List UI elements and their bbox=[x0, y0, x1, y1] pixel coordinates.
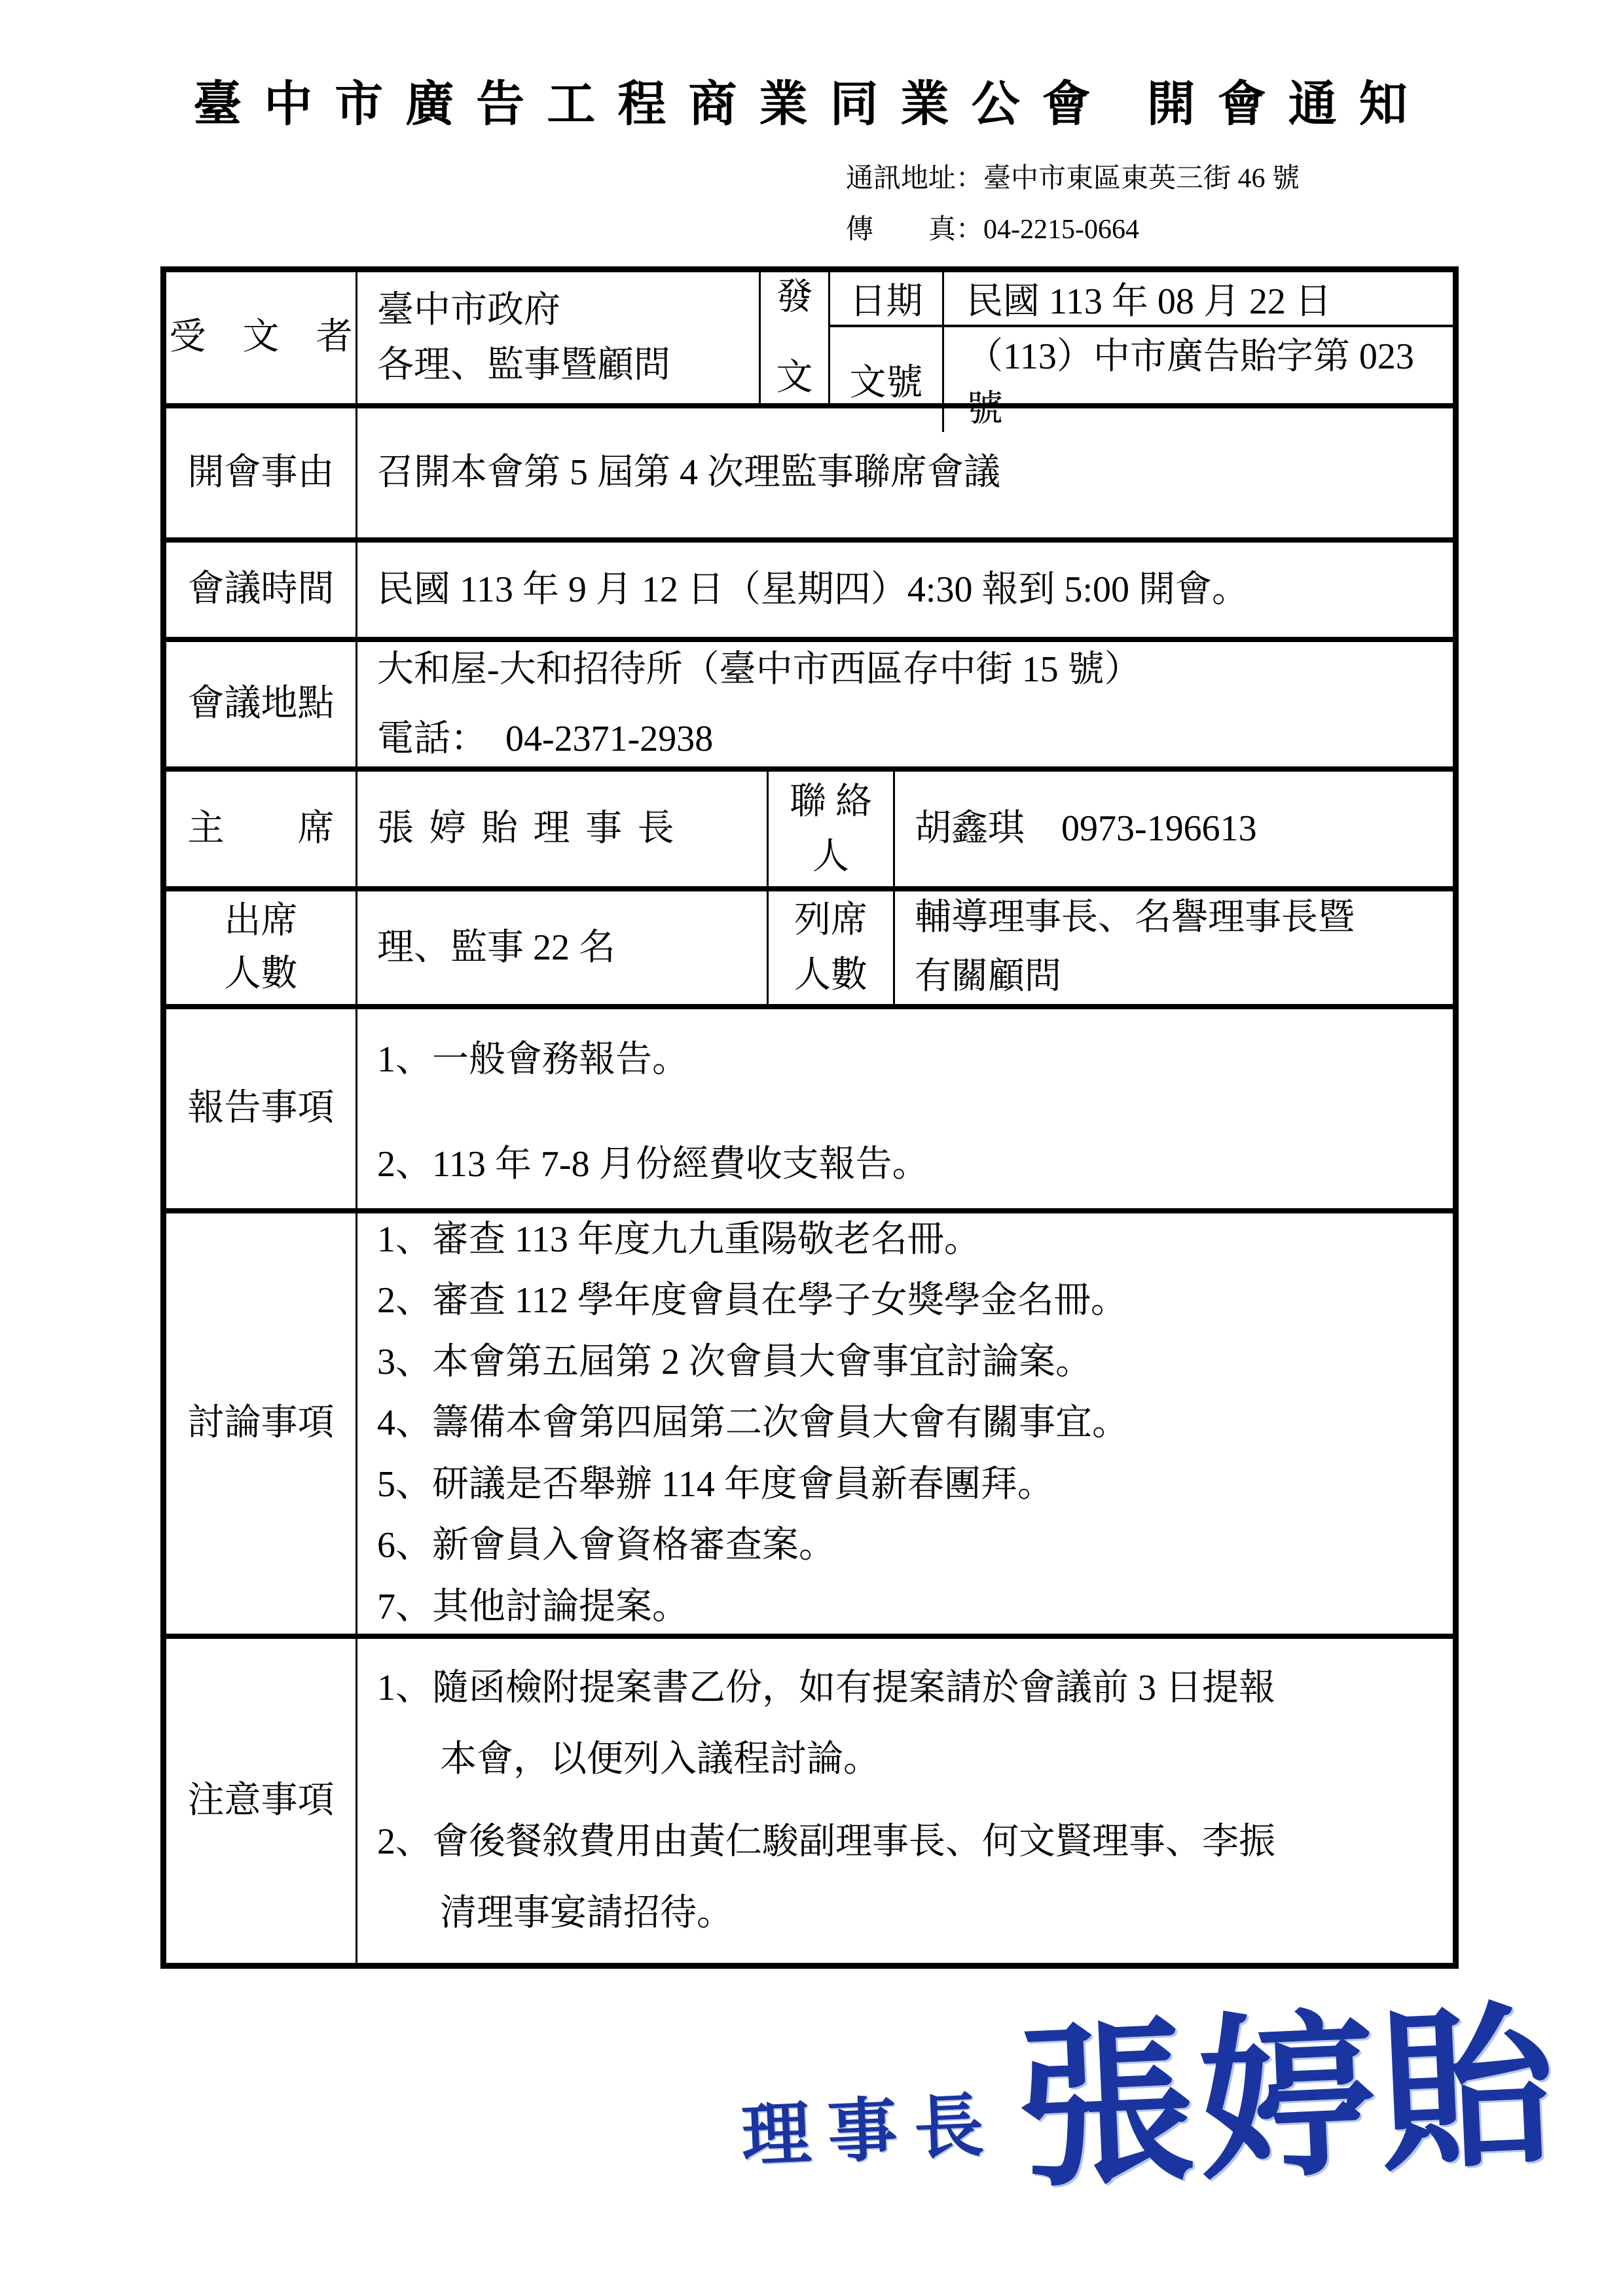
document-title: 臺中市廣告工程商業同業公會開會通知 bbox=[0, 65, 1623, 135]
discussion-item: 7、其他討論提案。 bbox=[377, 1577, 1381, 1638]
recipient-label: 受 文 者 bbox=[166, 272, 357, 403]
issue-date-row: 日期 民國 113 年 08 月 22 日 bbox=[830, 272, 1453, 325]
signature-stamp: 理事長 張婷貽 bbox=[735, 1946, 1563, 2233]
contact-person-value: 胡鑫琪 0973-196613 bbox=[895, 772, 1466, 886]
recipient-value: 臺中市政府 各理、監事暨顧問 bbox=[357, 272, 759, 403]
notes-list: 1、隨函檢附提案書乙份，如有提案請於會議前 3 日提報 本會，以便列入議程討論。… bbox=[357, 1639, 1453, 1963]
chairperson-value: 張婷貽理事長 bbox=[357, 772, 767, 886]
discussion-item: 3、本會第五屆第 2 次會員大會事宜討論案。 bbox=[377, 1332, 1381, 1393]
observer-value: 輔導理事長、名譽理事長暨 有關顧問 bbox=[895, 891, 1466, 1004]
row-subject: 開會事由 召開本會第 5 屆第 4 次理監事聯席會議 bbox=[166, 403, 1453, 537]
discussion-item: 5、研議是否舉辦 114 年度會員新春團拜。 bbox=[377, 1454, 1381, 1516]
fax-number: 傳 真：04-2215-0664 bbox=[846, 216, 1300, 243]
issue-label: 發 文 bbox=[759, 272, 828, 403]
attendance-value: 理、監事 22 名 bbox=[357, 891, 767, 1004]
meeting-time-label: 會議時間 bbox=[166, 543, 357, 637]
document-type: 開會通知 bbox=[1147, 78, 1430, 132]
mailing-address: 通訊地址：臺中市東區東英三街 46 號 bbox=[846, 165, 1300, 192]
subject-label: 開會事由 bbox=[166, 408, 357, 537]
discussion-items-label: 討論事項 bbox=[166, 1213, 357, 1634]
signature-name: 張婷貽 bbox=[1012, 1946, 1565, 2221]
report-item: 1、一般會務報告。 bbox=[377, 1030, 1381, 1083]
meeting-notice-document: 臺中市廣告工程商業同業公會開會通知 通訊地址：臺中市東區東英三街 46 號 傳 … bbox=[0, 0, 1623, 2296]
row-report-items: 報告事項 1、一般會務報告。 2、113 年 7-8 月份經費收支報告。 bbox=[166, 1004, 1453, 1208]
organization-name: 臺中市廣告工程商業同業公會 bbox=[193, 78, 1113, 132]
row-discussion-items: 討論事項 1、審查 113 年度九九重陽敬老名冊。 2、審查 112 學年度會員… bbox=[166, 1208, 1453, 1634]
report-items-list: 1、一般會務報告。 2、113 年 7-8 月份經費收支報告。 bbox=[357, 1009, 1453, 1208]
meeting-time-value: 民國 113 年 9 月 12 日（星期四）4:30 報到 5:00 開會。 bbox=[357, 543, 1453, 637]
issue-group: 日期 民國 113 年 08 月 22 日 文號 （113）中市廣告貽字第 02… bbox=[828, 272, 1453, 403]
notice-table: 受 文 者 臺中市政府 各理、監事暨顧問 發 文 日期 民國 113 年 08 … bbox=[160, 266, 1459, 1969]
notes-label: 注意事項 bbox=[166, 1639, 357, 1963]
contact-person-label: 聯 絡 人 bbox=[767, 772, 895, 886]
row-notes: 注意事項 1、隨函檢附提案書乙份，如有提案請於會議前 3 日提報 本會，以便列入… bbox=[166, 1634, 1453, 1963]
discussion-item: 6、新會員入會資格審查案。 bbox=[377, 1515, 1381, 1577]
meeting-place-label: 會議地點 bbox=[166, 642, 357, 766]
note-item: 1、隨函檢附提案書乙份，如有提案請於會議前 3 日提報 本會，以便列入議程討論。 bbox=[377, 1653, 1381, 1795]
discussion-item: 4、籌備本會第四屆第二次會員大會有關事宜。 bbox=[377, 1393, 1381, 1454]
row-meeting-time: 會議時間 民國 113 年 9 月 12 日（星期四）4:30 報到 5:00 … bbox=[166, 537, 1453, 637]
meeting-place-value: 大和屋-大和招待所（臺中市西區存中街 15 號） 電話： 04-2371-293… bbox=[357, 642, 1453, 766]
discussion-items-list: 1、審查 113 年度九九重陽敬老名冊。 2、審查 112 學年度會員在學子女獎… bbox=[357, 1213, 1453, 1634]
row-recipient: 受 文 者 臺中市政府 各理、監事暨顧問 發 文 日期 民國 113 年 08 … bbox=[166, 272, 1453, 403]
issue-date-label: 日期 bbox=[830, 272, 944, 325]
issue-date-value: 民國 113 年 08 月 22 日 bbox=[944, 272, 1453, 325]
signature-role: 理事長 bbox=[739, 2070, 1002, 2180]
attendance-label: 出席 人數 bbox=[166, 891, 357, 1004]
report-item: 2、113 年 7-8 月份經費收支報告。 bbox=[377, 1135, 1381, 1187]
observer-label: 列席 人數 bbox=[767, 891, 895, 1004]
row-chairperson: 主 席 張婷貽理事長 聯 絡 人 胡鑫琪 0973-196613 bbox=[166, 766, 1453, 886]
discussion-item: 2、審查 112 學年度會員在學子女獎學金名冊。 bbox=[377, 1270, 1381, 1332]
contact-block: 通訊地址：臺中市東區東英三街 46 號 傳 真：04-2215-0664 bbox=[846, 165, 1300, 243]
subject-value: 召開本會第 5 屆第 4 次理監事聯席會議 bbox=[357, 408, 1453, 537]
row-attendance: 出席 人數 理、監事 22 名 列席 人數 輔導理事長、名譽理事長暨 有關顧問 bbox=[166, 886, 1453, 1004]
note-item: 2、會後餐敘費用由黃仁駿副理事長、何文賢理事、李振 清理事宴請招待。 bbox=[377, 1806, 1381, 1949]
chairperson-label: 主 席 bbox=[166, 772, 357, 886]
discussion-item: 1、審查 113 年度九九重陽敬老名冊。 bbox=[377, 1210, 1381, 1271]
row-meeting-place: 會議地點 大和屋-大和招待所（臺中市西區存中街 15 號） 電話： 04-237… bbox=[166, 637, 1453, 766]
report-items-label: 報告事項 bbox=[166, 1009, 357, 1208]
